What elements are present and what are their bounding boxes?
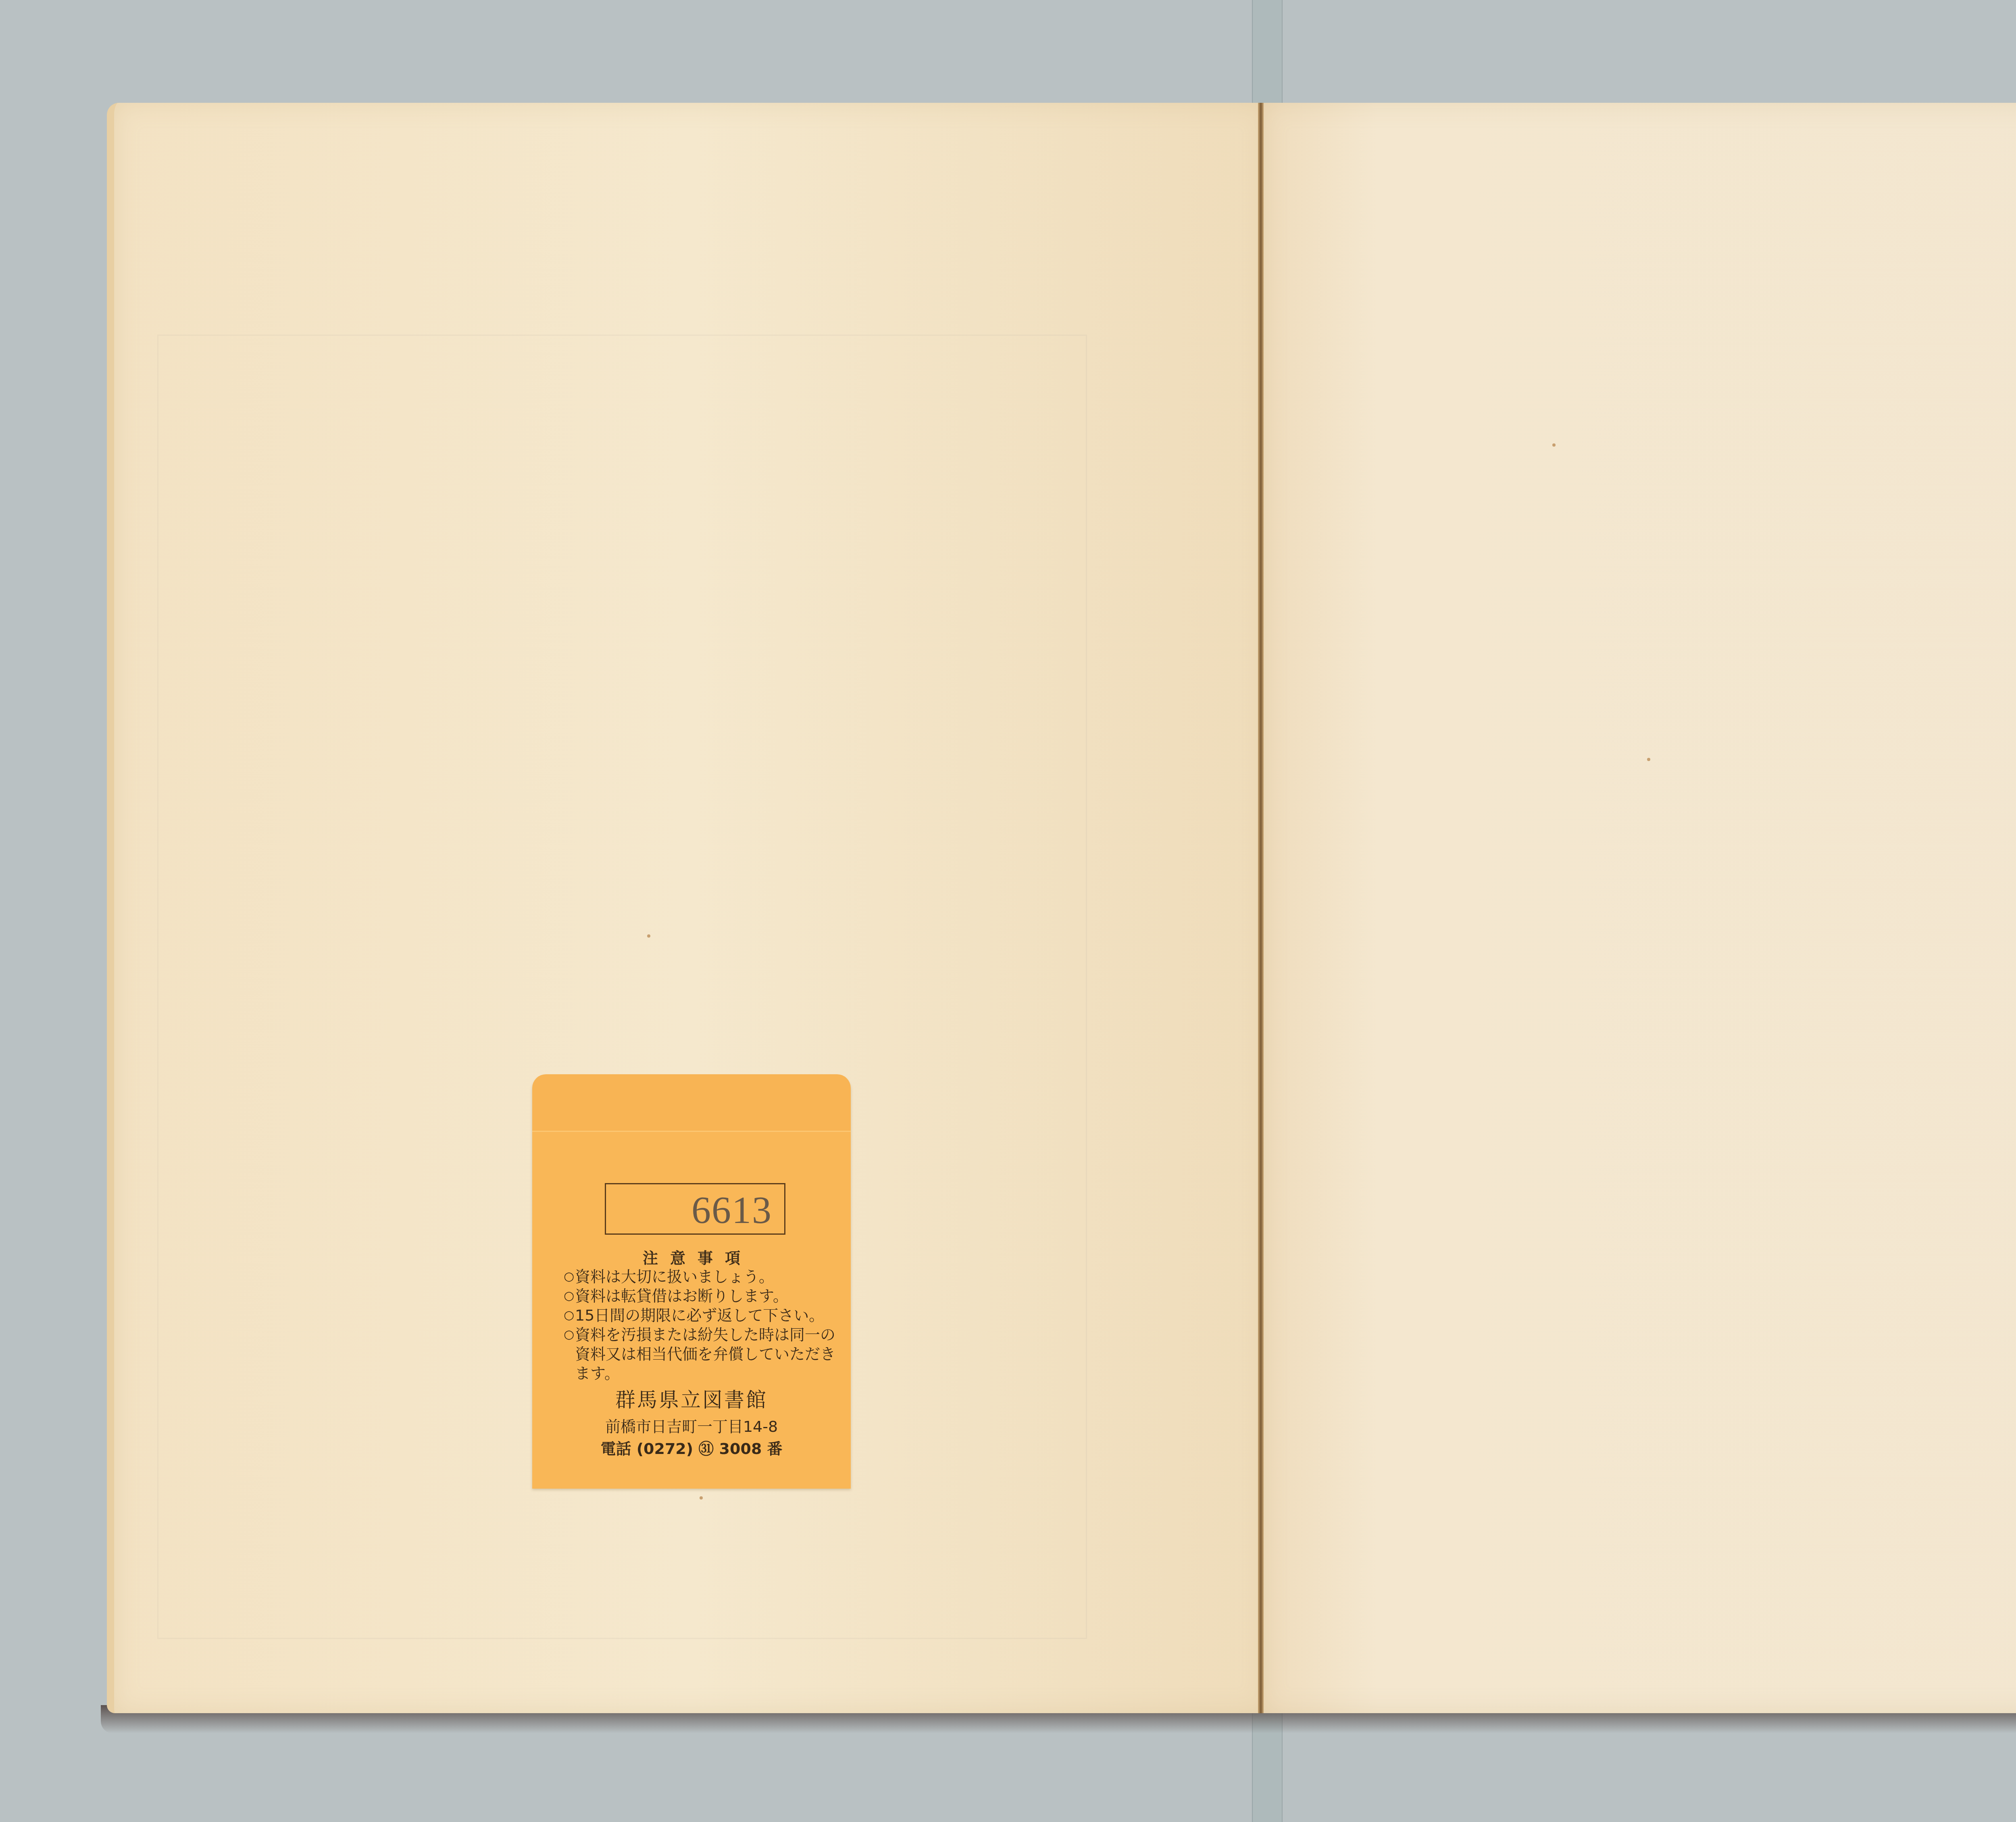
notice-item: ○ 資料は転貸借はお断りします。 [564, 1286, 838, 1306]
notice-text: 資料は大切に扱いましょう。 [575, 1267, 838, 1286]
paper-speck [1552, 443, 1556, 447]
paper-speck [647, 934, 650, 938]
pocket-front: 6613 注意事項 ○ 資料は大切に扱いましょう。 ○ 資料は転貸借はお断りしま… [532, 1131, 851, 1489]
library-phone: 電話 (0272) ㉛ 3008 番 [532, 1436, 851, 1458]
circle-bullet-icon: ○ [564, 1306, 575, 1325]
library-card-pocket[interactable]: 6613 注意事項 ○ 資料は大切に扱いましょう。 ○ 資料は転貸借はお断りしま… [532, 1074, 851, 1487]
notice-item: ○ 15日間の期限に必ず返して下さい。 [564, 1306, 838, 1325]
paper-speck [700, 1496, 703, 1500]
circle-bullet-icon: ○ [564, 1286, 575, 1306]
paper-speck [1647, 758, 1650, 761]
notice-text: 資料を汚損または紛失した時は同一の資料又は相当代価を弁償していただきます。 [575, 1325, 838, 1383]
library-address: 前橋市日吉町一丁目14-8 [532, 1414, 851, 1436]
circle-bullet-icon: ○ [564, 1325, 575, 1383]
notice-text: 資料は転貸借はお断りします。 [575, 1286, 838, 1306]
circle-bullet-icon: ○ [564, 1267, 575, 1286]
right-page [1262, 103, 2016, 1713]
book-gutter [1258, 103, 1264, 1713]
library-name: 群馬県立図書館 [532, 1384, 851, 1413]
notice-text: 15日間の期限に必ず返して下さい。 [575, 1306, 838, 1325]
notice-heading: 注意事項 [532, 1246, 851, 1268]
call-number-box: 6613 [605, 1183, 785, 1235]
notice-list: ○ 資料は大切に扱いましょう。 ○ 資料は転貸借はお断りします。 ○ 15日間の… [564, 1267, 838, 1383]
notice-item: ○ 資料は大切に扱いましょう。 [564, 1267, 838, 1286]
notice-item: ○ 資料を汚損または紛失した時は同一の資料又は相当代価を弁償していただきます。 [564, 1325, 838, 1383]
